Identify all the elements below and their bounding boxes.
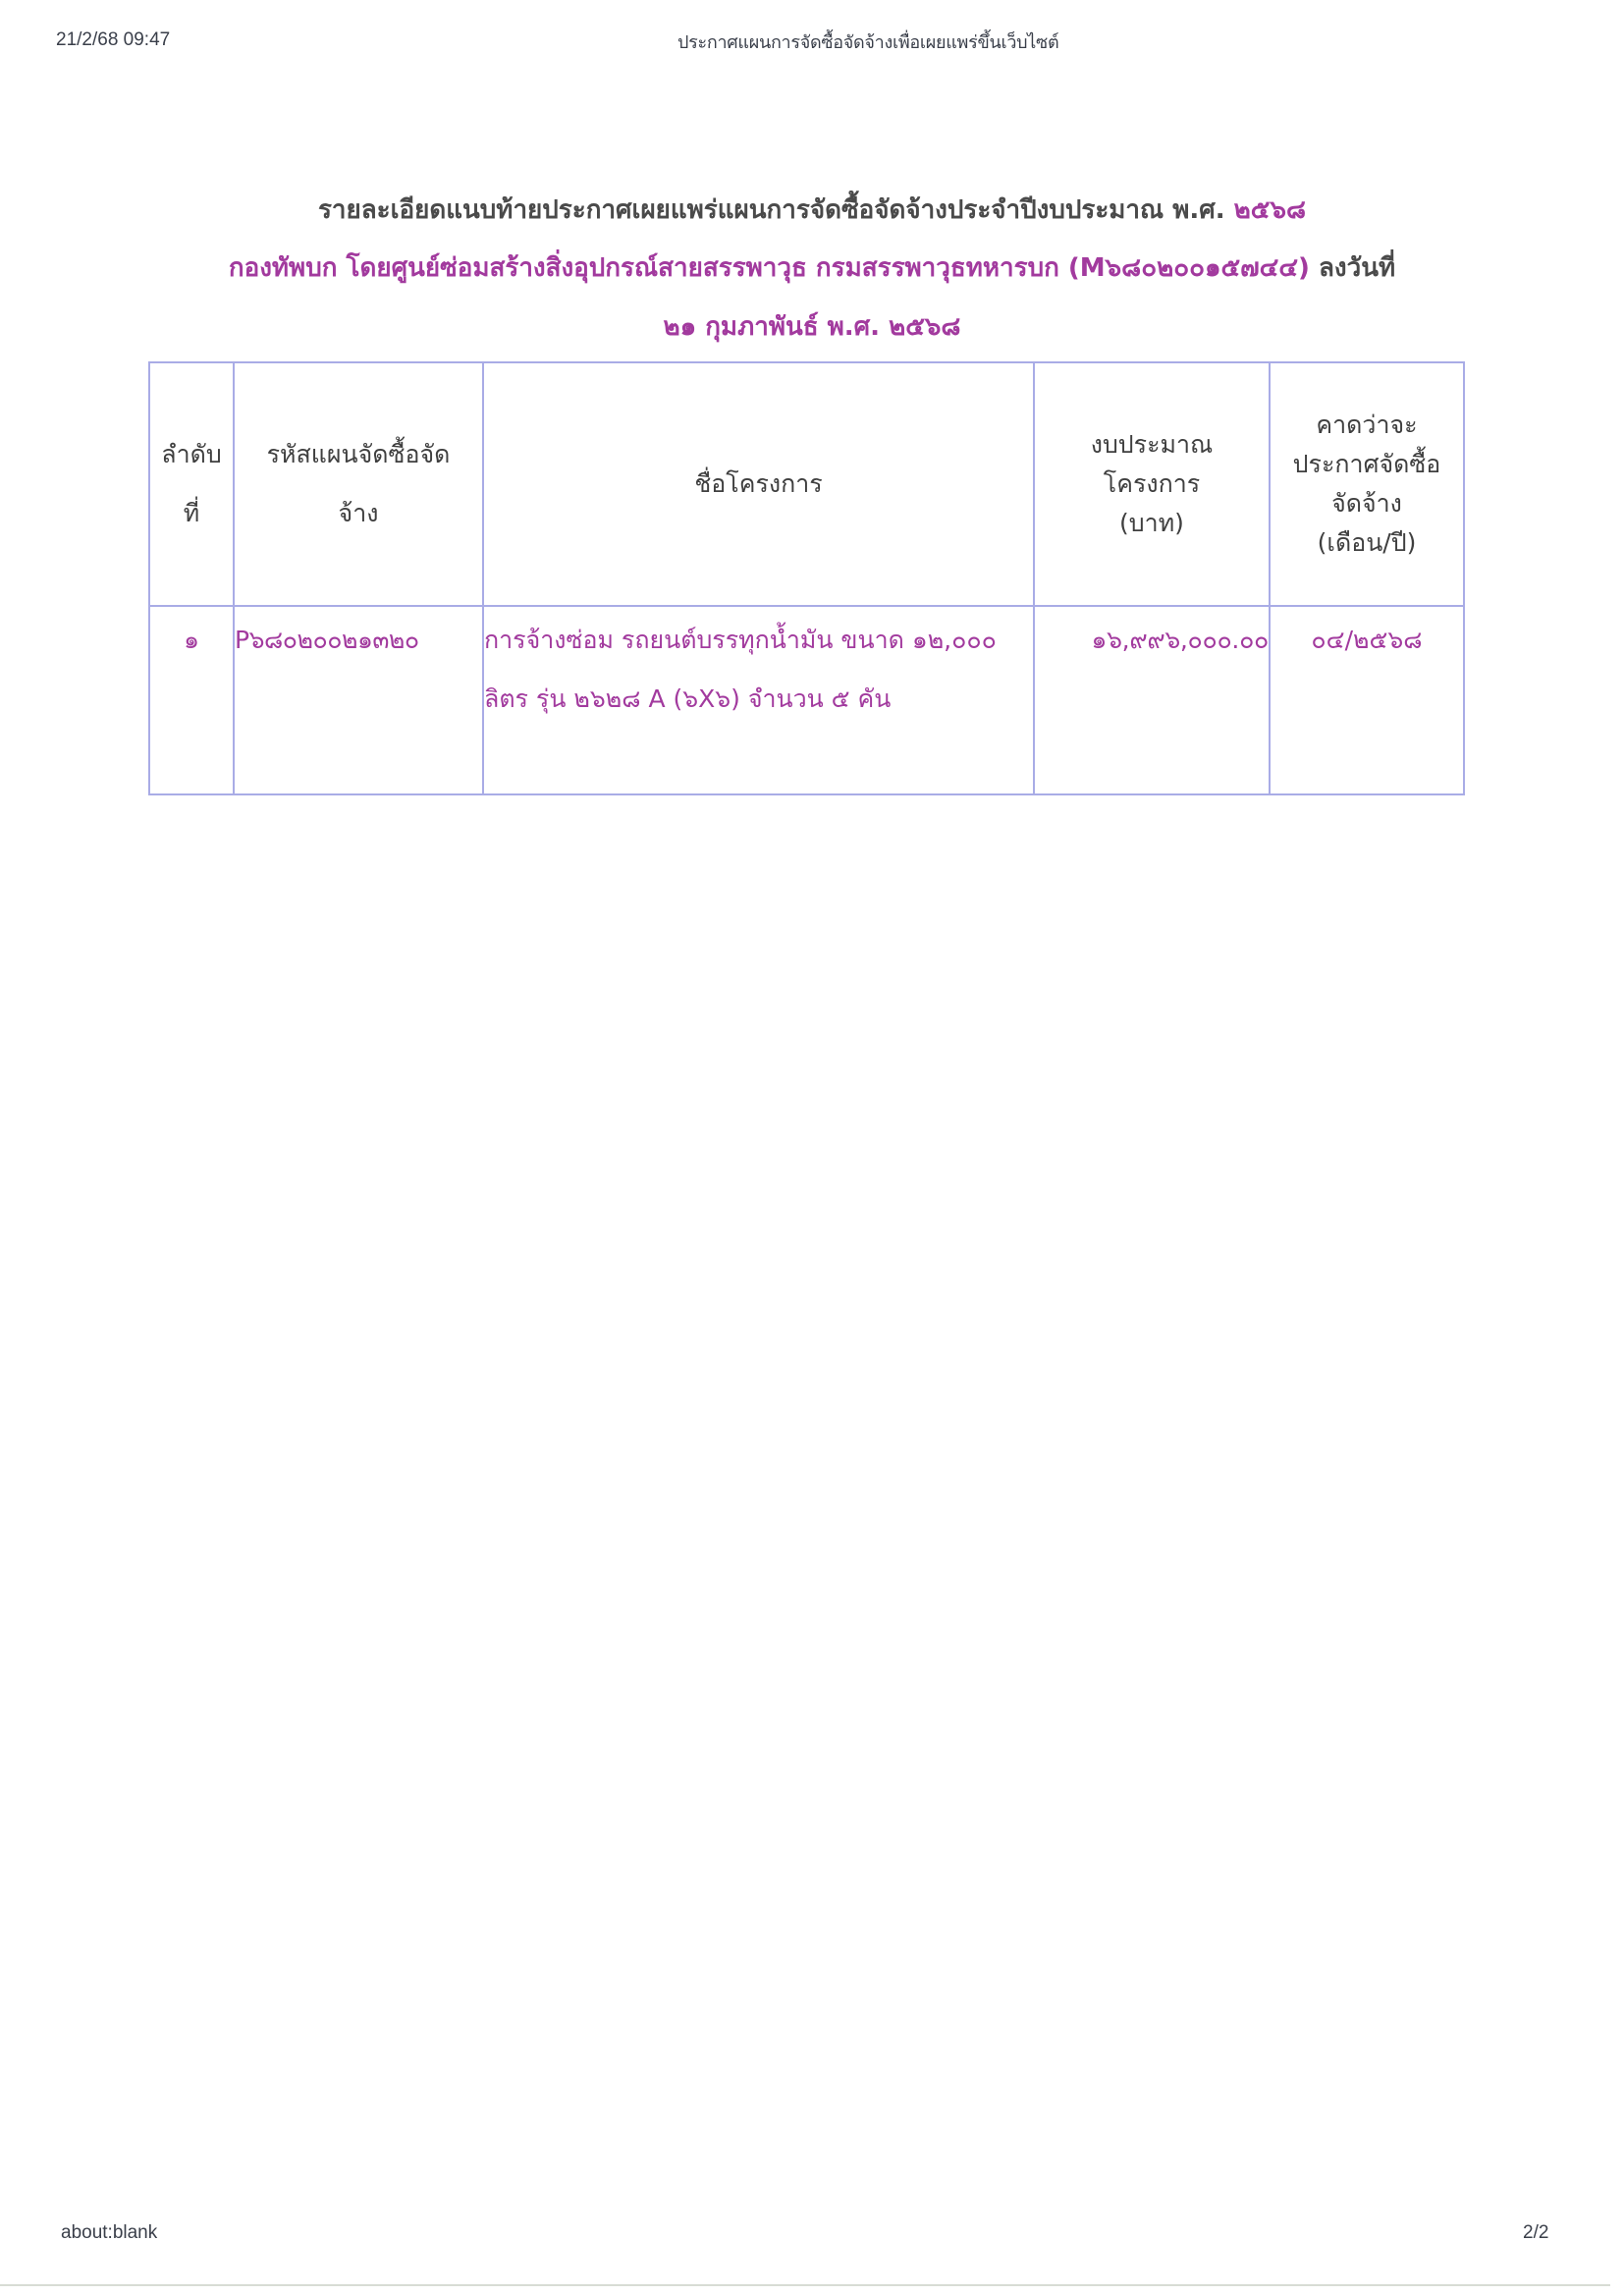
cell-budget: ๑๖,๙๙๖,๐๐๐.๐๐	[1034, 606, 1270, 794]
header-budget-line: (บาท)	[1035, 504, 1269, 543]
table-header-row: ลำดับ ที่ รหัสแผนจัดซื้อจัด จ้าง ชื่อโคร…	[149, 362, 1464, 606]
document-heading-date: ๒๑ กุมภาพันธ์ พ.ศ. ๒๕๖๘	[0, 306, 1624, 347]
document-heading-line1: รายละเอียดแนบท้ายประกาศเผยแพร่แผนการจัดซ…	[0, 190, 1624, 230]
header-plan-code: รหัสแผนจัดซื้อจัด จ้าง	[234, 362, 483, 606]
table-row: ๑ P๖๘๐๒๐๐๒๑๓๒๐ การจ้างซ่อม รถยนต์บรรทุกน…	[149, 606, 1464, 794]
procurement-plan-table: ลำดับ ที่ รหัสแผนจัดซื้อจัด จ้าง ชื่อโคร…	[148, 361, 1465, 795]
cell-project-name: การจ้างซ่อม รถยนต์บรรทุกน้ำมัน ขนาด ๑๒,๐…	[483, 606, 1034, 794]
header-budget-line: งบประมาณ	[1035, 425, 1269, 465]
document-heading-line2: กองทัพบก โดยศูนย์ซ่อมสร้างสิ่งอุปกรณ์สาย…	[98, 247, 1526, 288]
header-index-line: ที่	[150, 484, 233, 543]
header-budget-line: โครงการ	[1035, 465, 1269, 504]
print-header-page-title: ประกาศแผนการจัดซื้อจัดจ้างเพื่อเผยแพร่ขึ…	[677, 27, 1058, 56]
page-bottom-divider	[0, 2284, 1610, 2286]
header-expected-announce-line: ประกาศจัดซื้อ	[1271, 445, 1463, 484]
header-index: ลำดับ ที่	[149, 362, 234, 606]
cell-plan-code: P๖๘๐๒๐๐๒๑๓๒๐	[234, 606, 483, 794]
header-plan-code-line: รหัสแผนจัดซื้อจัด	[235, 425, 482, 484]
header-project-name: ชื่อโครงการ	[483, 362, 1034, 606]
header-expected-announce-line: (เดือน/ปี)	[1271, 523, 1463, 563]
header-index-line: ลำดับ	[150, 425, 233, 484]
header-plan-code-line: จ้าง	[235, 484, 482, 543]
header-expected-announce-line: จัดจ้าง	[1271, 484, 1463, 523]
cell-expected-announce: ๐๔/๒๕๖๘	[1270, 606, 1464, 794]
heading-dated-label: ลงวันที่	[1319, 253, 1395, 283]
print-header-datetime: 21/2/68 09:47	[56, 29, 170, 51]
heading-fiscal-year: ๒๕๖๘	[1234, 195, 1306, 225]
cell-index: ๑	[149, 606, 234, 794]
header-expected-announce-line: คาดว่าจะ	[1271, 406, 1463, 445]
header-budget: งบประมาณ โครงการ (บาท)	[1034, 362, 1270, 606]
heading-title-text: รายละเอียดแนบท้ายประกาศเผยแพร่แผนการจัดซ…	[318, 195, 1225, 225]
header-expected-announce: คาดว่าจะ ประกาศจัดซื้อ จัดจ้าง (เดือน/ปี…	[1270, 362, 1464, 606]
print-footer-page-number: 2/2	[1523, 2222, 1548, 2244]
print-footer-url: about:blank	[61, 2222, 157, 2244]
header-project-name-line: ชื่อโครงการ	[484, 455, 1033, 514]
heading-agency: กองทัพบก โดยศูนย์ซ่อมสร้างสิ่งอุปกรณ์สาย…	[229, 253, 1310, 283]
